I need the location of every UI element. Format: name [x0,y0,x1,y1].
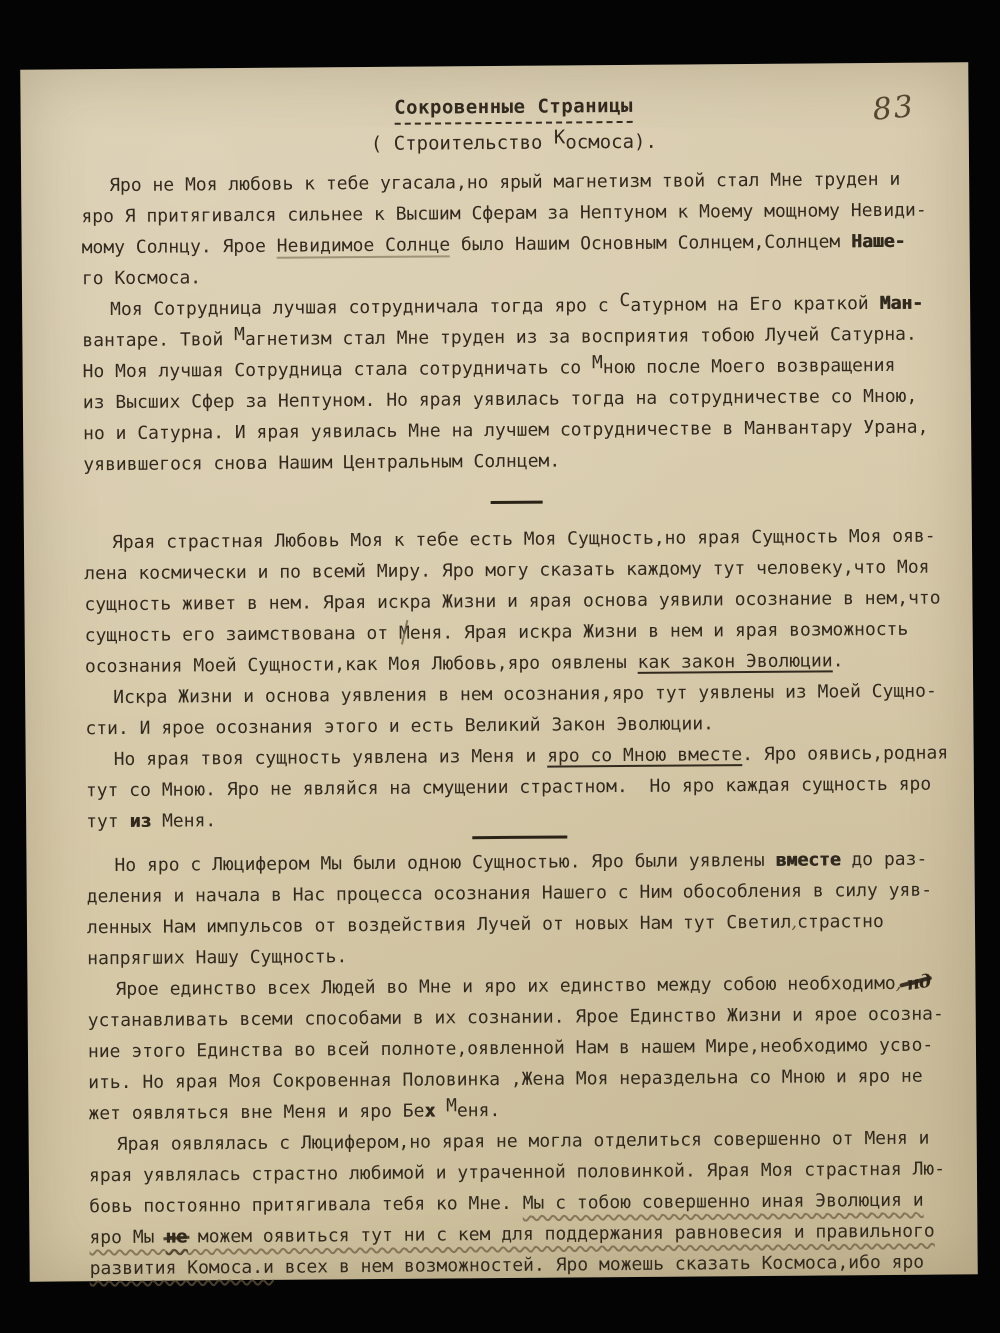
page-subtitle: ( Строительство Космоса). [81,128,947,157]
text-segment: было Нашим Основным Солнцем,Солнцем [450,231,851,255]
text-segment: напрягших Нашу Сущность. [87,946,347,969]
page-content: Сокровенные Страницы ( Строительство Кос… [20,62,978,1284]
text-segment: яро Мы [89,1227,165,1249]
text-segment: сущность живет в нем. Ярая искра Жизни и… [84,588,940,616]
text-segment: М [399,623,410,644]
text-segment: Но яро с Люцифером Мы были одною Сущност… [114,850,775,876]
text-segment: лена космически и по всемй Миру. Яро мог… [84,557,929,585]
text-segment: . Яро оявись,родная [742,742,948,765]
text-segment: атурном на Его краткой [630,293,879,316]
page-title-text: Сокровенные Страницы [394,95,633,125]
text-segment: Моя Сотрудница лучшая сотрудничала тогда… [110,295,619,320]
text-segment: ярая уявлялась страстно любимой и утраче… [89,1159,945,1187]
text-segment: страстно [797,911,884,933]
subtitle-raised-letter: К [554,126,566,148]
text-segment: Ман- [879,293,923,314]
text-segment [435,1100,446,1121]
text-segment: М [446,1095,457,1116]
text-segment: мому Солнцу. Ярое [82,236,277,259]
section-divider [491,501,543,504]
text-segment: уявившегося снова Нашим Центральным Солн… [83,451,560,476]
text-segment: осознания Моей Сущности,как Моя Любовь,я… [85,652,638,677]
subtitle-pre: ( Строительство [371,132,554,155]
text-segment: Мы с тобою совершенно иная Эволюция и [523,1190,924,1214]
text-segment: М [592,352,603,373]
document-page: 83 Сокровенные Страницы ( Строительство … [20,62,977,1281]
text-segment: Ярая оявлялась с Люцифером,но ярая не мо… [117,1128,930,1155]
text-segment: . [833,650,844,671]
text-segment: ною после Моего возвращения [603,355,896,378]
text-segment: ить. Но ярая Моя Сокровенная Половинка ,… [88,1066,923,1094]
text-segment: го Космоса. [82,267,201,289]
text-segment: Искра Жизни и основа уявления в нем осоз… [113,681,937,708]
text-segment: вантаре. Твой [82,329,234,351]
document-body: Яро не Моя любовь к тебе угасала,но ярый… [81,163,956,1284]
subtitle-post: осмоса). [565,131,657,154]
text-segment: Наше- [851,231,905,252]
text-line: развития Комоса.и всех в нем возможносте… [90,1246,956,1284]
text-segment: Яро не Моя любовь к тебе угасала,но ярый… [109,169,900,196]
text-segment: Но Моя лучшая Сотрудница стала сотруднич… [83,357,592,382]
text-segment: тут со Мною. Яро не являйся на смущении … [86,774,931,802]
text-segment: ние этого Единства во всей полноте,оявле… [88,1035,933,1063]
text-segment: С [619,290,630,311]
text-segment: из [129,811,151,832]
text-segment: Меня. [151,810,216,832]
text-segment: яро со Мною вместе [547,744,742,767]
section-divider [472,835,567,839]
text-segment: Ярое единство всех Людей во Мне и яро их… [115,973,895,1000]
text-segment: не [165,1226,187,1247]
text-segment: еня. [457,1100,501,1121]
text-segment: из Высших Сфер за Нептуном. Но ярая уяви… [83,386,918,414]
text-segment: ленных Нам импульсов от воздействия Луче… [87,912,792,939]
text-segment: Но ярая твоя сущность уявлена из Меня и [114,746,548,770]
text-segment: Ярая страстная Любовь Моя к тебе есть Мо… [112,526,936,553]
text-segment: до раз- [840,849,927,871]
text-segment: развития Комоса.и [90,1257,274,1279]
text-segment: жет оявляться вне Меня и яро Бе [88,1101,424,1125]
text-segment: бовь постоянно притягивала тебя ко Мне. [89,1193,523,1217]
text-segment: Невидимое Солнце [277,234,451,258]
text-segment: но и Сатурна. И ярая уявилась Мне на луч… [83,417,928,445]
text-segment: сти. И ярое осознания этого и есть Велик… [85,713,714,739]
text-segment: М [234,324,245,345]
page-title: Сокровенные Страницы [80,92,946,127]
text-segment: нд [899,966,932,1001]
text-line: уявившегося снова Нашим Центральным Солн… [83,442,949,480]
text-segment: сущность его заимствована от [85,623,399,646]
text-segment: х [424,1101,435,1122]
text-segment: тут [86,811,130,832]
scan-background: 83 Сокровенные Страницы ( Строительство … [0,0,1000,1333]
text-segment: деления и начала в Нас процесса осознани… [87,880,932,908]
text-segment: всех в нем возможностей. Яро можешь сказ… [274,1252,924,1278]
text-segment: яро Я притягивался сильнее к Высшим Сфер… [81,200,926,228]
text-segment: агнетизм стал Мне труден из за восприяти… [245,324,917,350]
text-segment: можем оявиться тут ни с кем для поддержа… [187,1221,935,1248]
text-segment: еня. Ярая искра Жизни в нем и ярая возмо… [410,619,909,644]
text-line: тут из Меня. [86,799,952,837]
text-segment: как закон Эволюции [638,650,833,673]
text-segment: устанавливать всеми способами в их созна… [88,1004,944,1032]
text-segment: вместе [775,849,840,871]
